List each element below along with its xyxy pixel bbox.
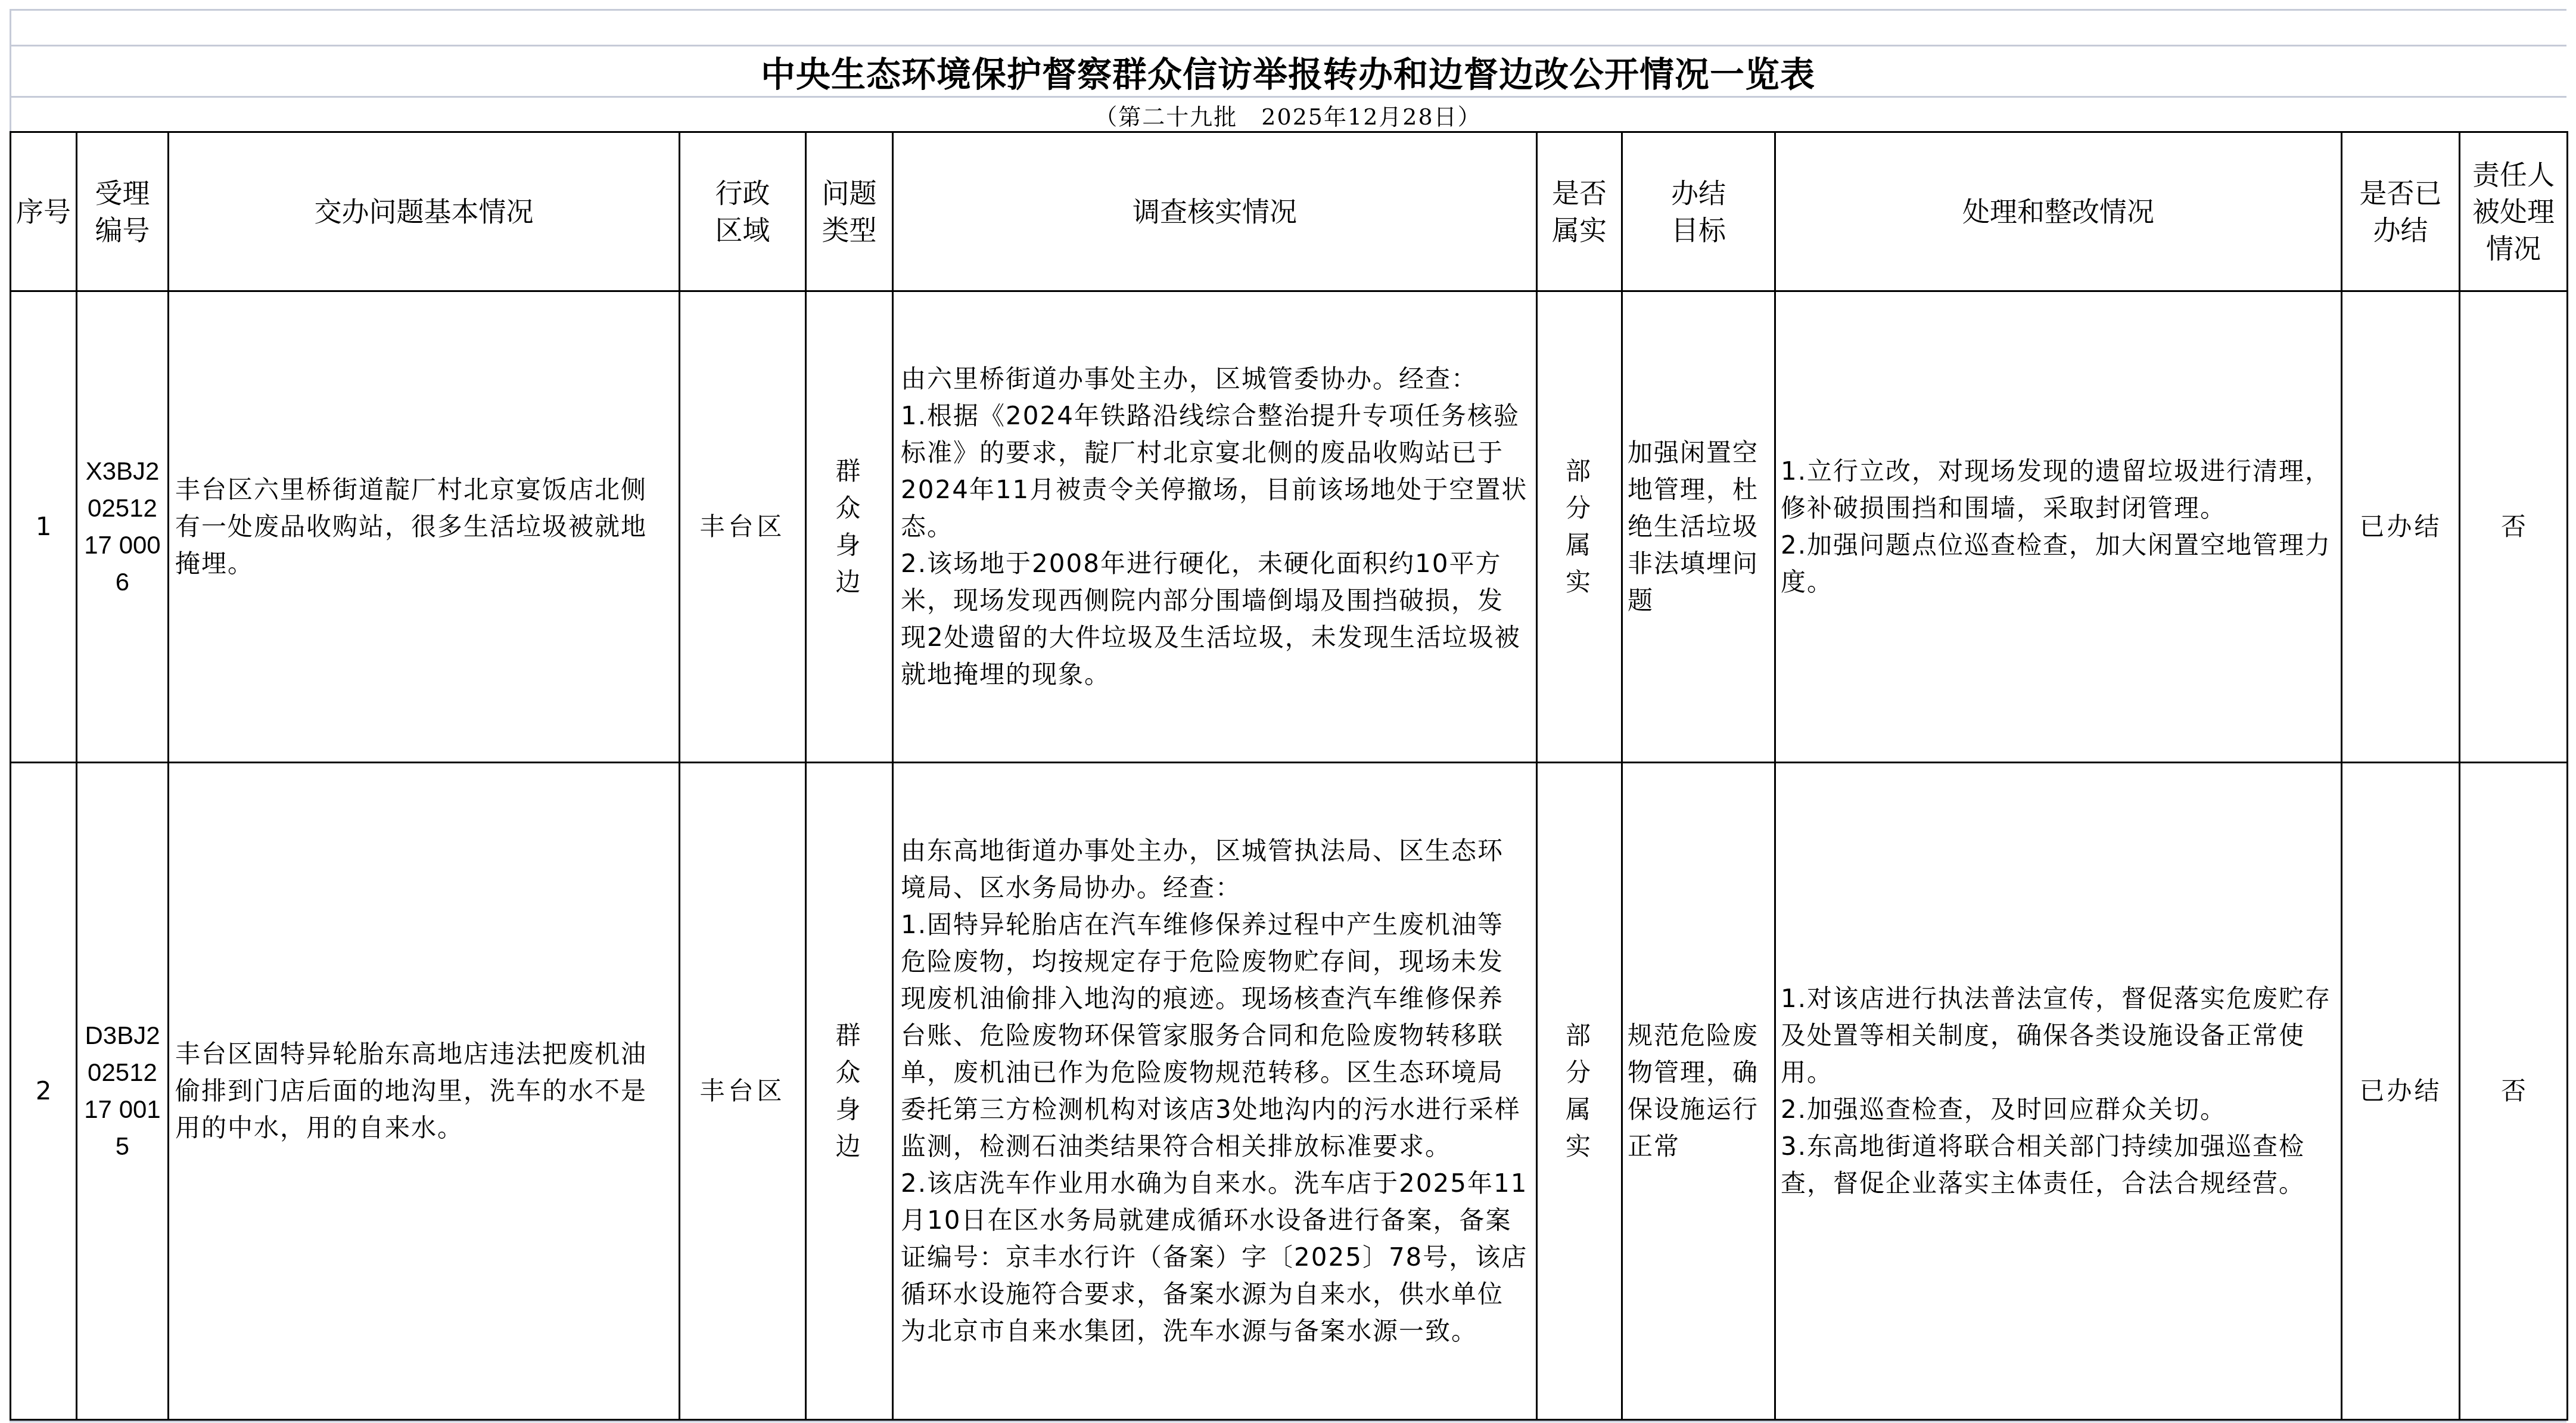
cell-district: 丰台区 bbox=[680, 763, 806, 1420]
document-title: 中央生态环境保护督察群众信访举报转办和边督边改公开情况一览表 bbox=[10, 46, 2566, 96]
rectification-paragraph: 3.东高地街道将联合相关部门持续加强巡查检查，督促企业落实主体责任，合法合规经营… bbox=[1781, 1128, 2336, 1202]
cell-rectification: 1.立行立改，对现场发现的遗留垃圾进行清理，修补破损围挡和围墙，采取封闭管理。 … bbox=[1775, 291, 2342, 763]
header-rectification: 处理和整改情况 bbox=[1775, 132, 2342, 291]
header-closed: 是否已办结 bbox=[2342, 132, 2460, 291]
document-subtitle: （第二十九批 2025年12月28日） bbox=[10, 98, 2566, 131]
cell-goal: 加强闲置空地管理，杜绝生活垃圾非法填埋问题 bbox=[1622, 291, 1775, 763]
cell-closed: 已办结 bbox=[2342, 291, 2460, 763]
cell-investigation: 由六里桥街道办事处主办，区城管委协办。经查： 1.根据《2024年铁路沿线综合整… bbox=[893, 291, 1537, 763]
spreadsheet-sheet: 中央生态环境保护督察群众信访举报转办和边督边改公开情况一览表 （第二十九批 20… bbox=[10, 0, 2566, 1423]
investigation-paragraph: 1.固特异轮胎店在汽车维修保养过程中产生废机油等危险废物，均按规定存于危险废物贮… bbox=[901, 906, 1529, 1165]
header-row: 序号 受理编号 交办问题基本情况 行政区域 问题类型 调查核实情况 是否属实 办… bbox=[11, 132, 2568, 291]
table-row: 2 D3BJ20251217 0015 丰台区固特异轮胎东高地店违法把废机油偷排… bbox=[11, 763, 2568, 1420]
cell-accountability: 否 bbox=[2460, 291, 2568, 763]
cell-rectification: 1.对该店进行执法普法宣传，督促落实危废贮存及处置等相关制度，确保各类设施设备正… bbox=[1775, 763, 2342, 1420]
rectification-paragraph: 2.加强巡查检查，及时回应群众关切。 bbox=[1781, 1091, 2336, 1128]
header-district: 行政区域 bbox=[680, 132, 806, 291]
header-accountability: 责任人被处理情况 bbox=[2460, 132, 2568, 291]
cell-verified: 部分属实 bbox=[1537, 291, 1622, 763]
investigation-paragraph: 2.该店洗车作业用水确为自来水。洗车店于2025年11月10日在区水务局就建成循… bbox=[901, 1165, 1529, 1350]
cell-type: 群众身边 bbox=[806, 291, 893, 763]
header-seq: 序号 bbox=[11, 132, 77, 291]
sheet-gridline bbox=[10, 9, 2566, 11]
investigation-paragraph: 由东高地街道办事处主办，区城管执法局、区生态环境局、区水务局协办。经查： bbox=[901, 832, 1529, 906]
cell-investigation: 由东高地街道办事处主办，区城管执法局、区生态环境局、区水务局协办。经查： 1.固… bbox=[893, 763, 1537, 1420]
header-verified: 是否属实 bbox=[1537, 132, 1622, 291]
header-type: 问题类型 bbox=[806, 132, 893, 291]
cell-goal: 规范危险废物管理，确保设施运行正常 bbox=[1622, 763, 1775, 1420]
cell-seq: 2 bbox=[11, 763, 77, 1420]
cell-accountability: 否 bbox=[2460, 763, 2568, 1420]
cell-seq: 1 bbox=[11, 291, 77, 763]
table-row: 1 X3BJ20251217 0006 丰台区六里桥街道靛厂村北京宴饭店北侧有一… bbox=[11, 291, 2568, 763]
cell-closed: 已办结 bbox=[2342, 763, 2460, 1420]
cell-type: 群众身边 bbox=[806, 763, 893, 1420]
cell-issue: 丰台区固特异轮胎东高地店违法把废机油偷排到门店后面的地沟里，洗车的水不是用的中水… bbox=[169, 763, 680, 1420]
header-investigation: 调查核实情况 bbox=[893, 132, 1537, 291]
header-code: 受理编号 bbox=[77, 132, 169, 291]
rectification-paragraph: 1.对该店进行执法普法宣传，督促落实危废贮存及处置等相关制度，确保各类设施设备正… bbox=[1781, 980, 2336, 1091]
rectification-paragraph: 1.立行立改，对现场发现的遗留垃圾进行清理，修补破损围挡和围墙，采取封闭管理。 bbox=[1781, 453, 2336, 527]
header-goal: 办结目标 bbox=[1622, 132, 1775, 291]
report-table: 序号 受理编号 交办问题基本情况 行政区域 问题类型 调查核实情况 是否属实 办… bbox=[10, 131, 2568, 1421]
investigation-paragraph: 1.根据《2024年铁路沿线综合整治提升专项任务核验标准》的要求，靛厂村北京宴北… bbox=[901, 397, 1529, 545]
sheet-gridline bbox=[10, 1421, 2566, 1422]
cell-code: X3BJ20251217 0006 bbox=[77, 291, 169, 763]
cell-district: 丰台区 bbox=[680, 291, 806, 763]
rectification-paragraph: 2.加强问题点位巡查检查，加大闲置空地管理力度。 bbox=[1781, 527, 2336, 601]
cell-issue: 丰台区六里桥街道靛厂村北京宴饭店北侧有一处废品收购站，很多生活垃圾被就地掩埋。 bbox=[169, 291, 680, 763]
cell-code: D3BJ20251217 0015 bbox=[77, 763, 169, 1420]
cell-verified: 部分属实 bbox=[1537, 763, 1622, 1420]
header-issue: 交办问题基本情况 bbox=[169, 132, 680, 291]
investigation-paragraph: 2.该场地于2008年进行硬化，未硬化面积约10平方米，现场发现西侧院内部分围墙… bbox=[901, 545, 1529, 693]
investigation-paragraph: 由六里桥街道办事处主办，区城管委协办。经查： bbox=[901, 361, 1529, 397]
